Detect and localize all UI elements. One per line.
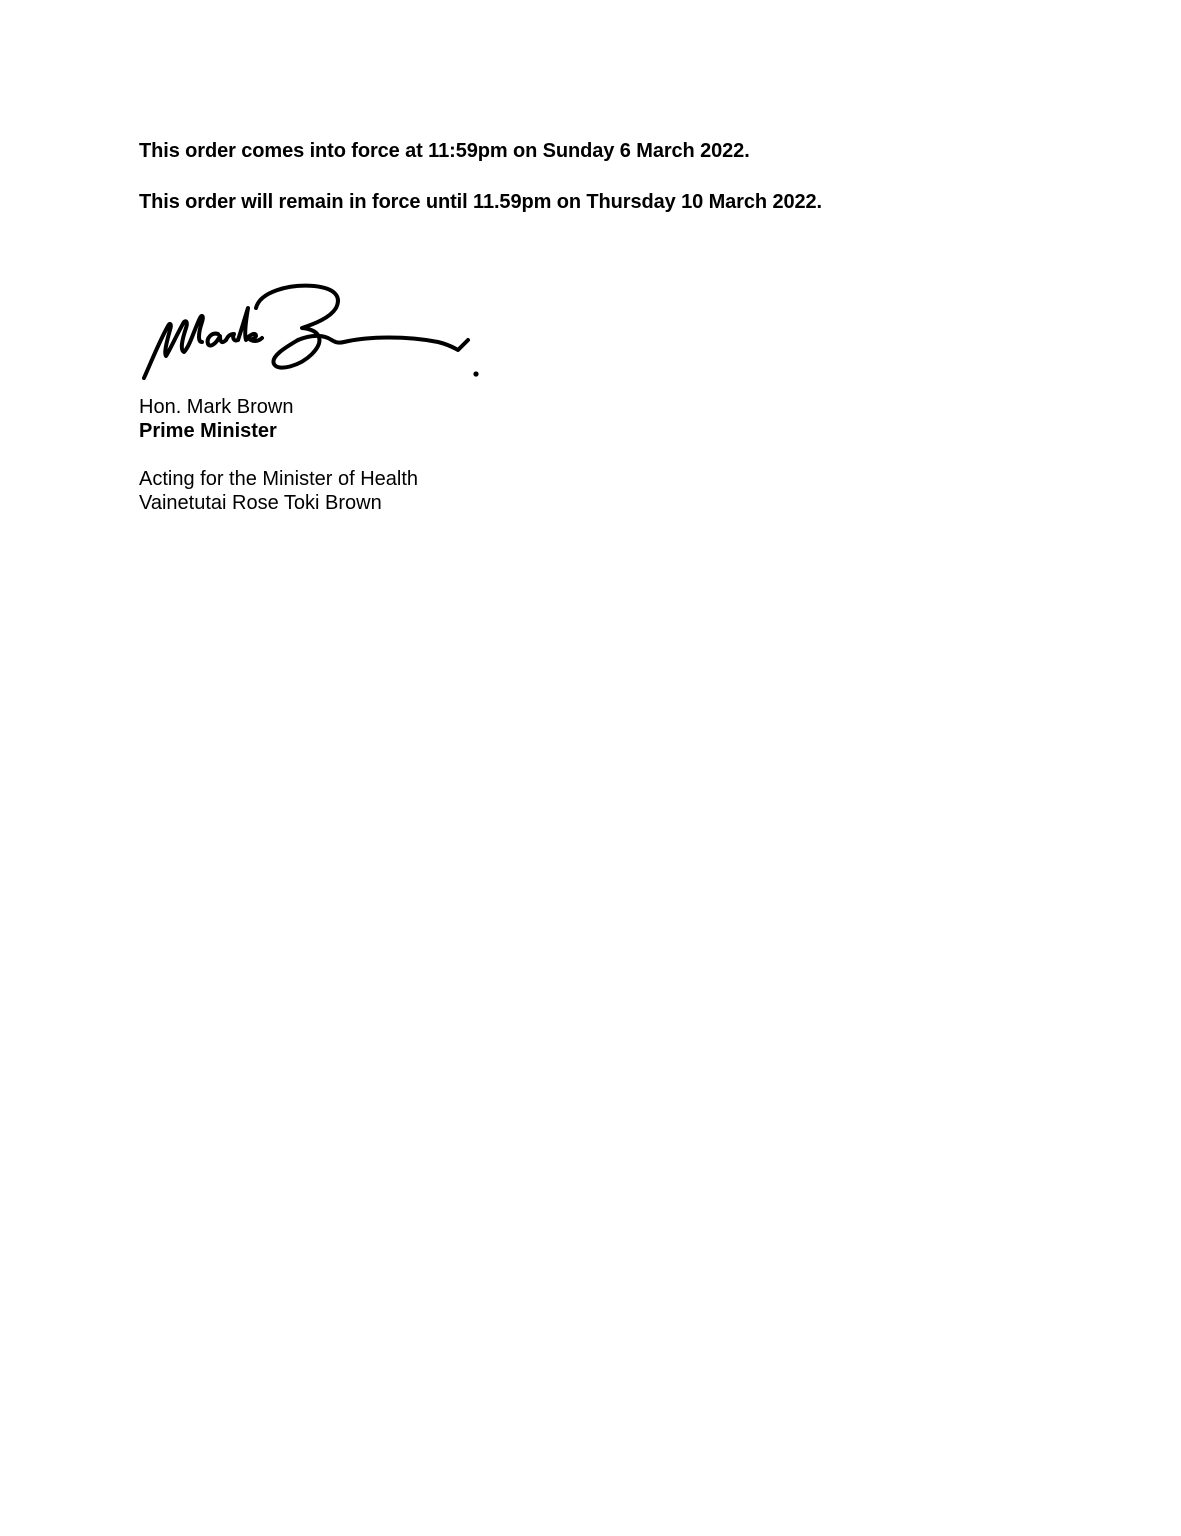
expiry-statement: This order will remain in force until 11… <box>139 191 822 214</box>
signature-block: Hon. Mark Brown Prime Minister Acting fo… <box>139 395 418 515</box>
minister-name: Vainetutai Rose Toki Brown <box>139 491 418 515</box>
commencement-statement: This order comes into force at 11:59pm o… <box>139 140 750 163</box>
signer-name: Hon. Mark Brown <box>139 395 418 419</box>
acting-for-line: Acting for the Minister of Health <box>139 467 418 491</box>
signer-title: Prime Minister <box>139 419 418 443</box>
handwritten-signature-icon <box>138 278 498 388</box>
spacer <box>139 443 418 467</box>
document-page: This order comes into force at 11:59pm o… <box>0 0 1181 1536</box>
